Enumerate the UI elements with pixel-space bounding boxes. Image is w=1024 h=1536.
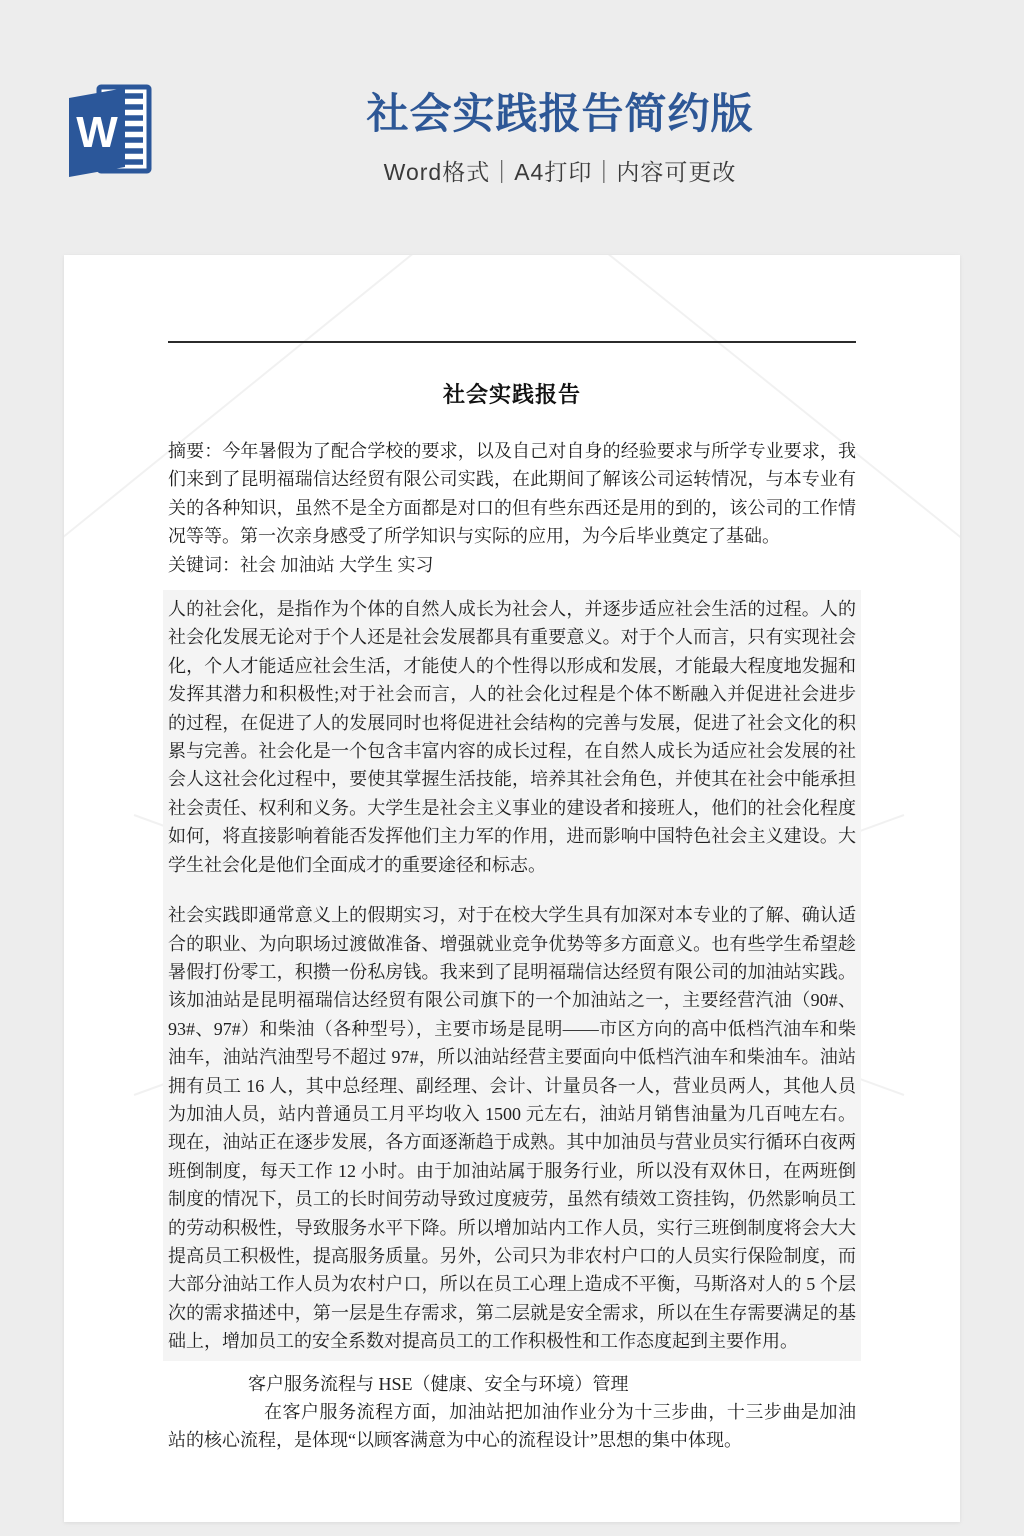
document-content: 社会实践报告 摘要：今年暑假为了配合学校的要求，以及自己对自身的经验要求与所学专… — [168, 341, 856, 1455]
highlighted-block: 人的社会化，是指作为个体的自然人成长为社会人，并逐步适应社会生活的过程。人的社会… — [163, 590, 861, 1361]
template-subtitle: Word格式｜A4打印｜内容可更改 — [96, 154, 1024, 187]
document-page: 图行天下 社会实践报告 摘要：今年暑假为了配合学校的要求，以及自己对自身的经验要… — [64, 255, 960, 1522]
section-heading: 客户服务流程与 HSE（健康、安全与环境）管理 — [168, 1370, 856, 1398]
practice-paragraph: 社会实践即通常意义上的假期实习，对于在校大学生具有加深对本专业的了解、确认适合的… — [168, 901, 856, 1356]
template-preview: W 社会实践报告简约版 Word格式｜A4打印｜内容可更改 图行天下 社会实践报… — [0, 0, 1024, 1536]
header-divider-line — [168, 341, 856, 343]
keywords-line: 关键词：社会 加油站 大学生 实习 — [168, 551, 856, 579]
template-header: 社会实践报告简约版 Word格式｜A4打印｜内容可更改 — [96, 0, 1024, 187]
template-title: 社会实践报告简约版 — [96, 90, 1024, 138]
socialization-paragraph: 人的社会化，是指作为个体的自然人成长为社会人，并逐步适应社会生活的过程。人的社会… — [168, 595, 856, 879]
abstract-paragraph: 摘要：今年暑假为了配合学校的要求，以及自己对自身的经验要求与所学专业要求，我们来… — [168, 437, 856, 551]
section-paragraph: 在客户服务流程方面，加油站把加油作业分为十三步曲，十三步曲是加油站的核心流程，是… — [168, 1398, 856, 1455]
paragraph-gap — [168, 879, 856, 901]
document-title: 社会实践报告 — [168, 379, 856, 411]
